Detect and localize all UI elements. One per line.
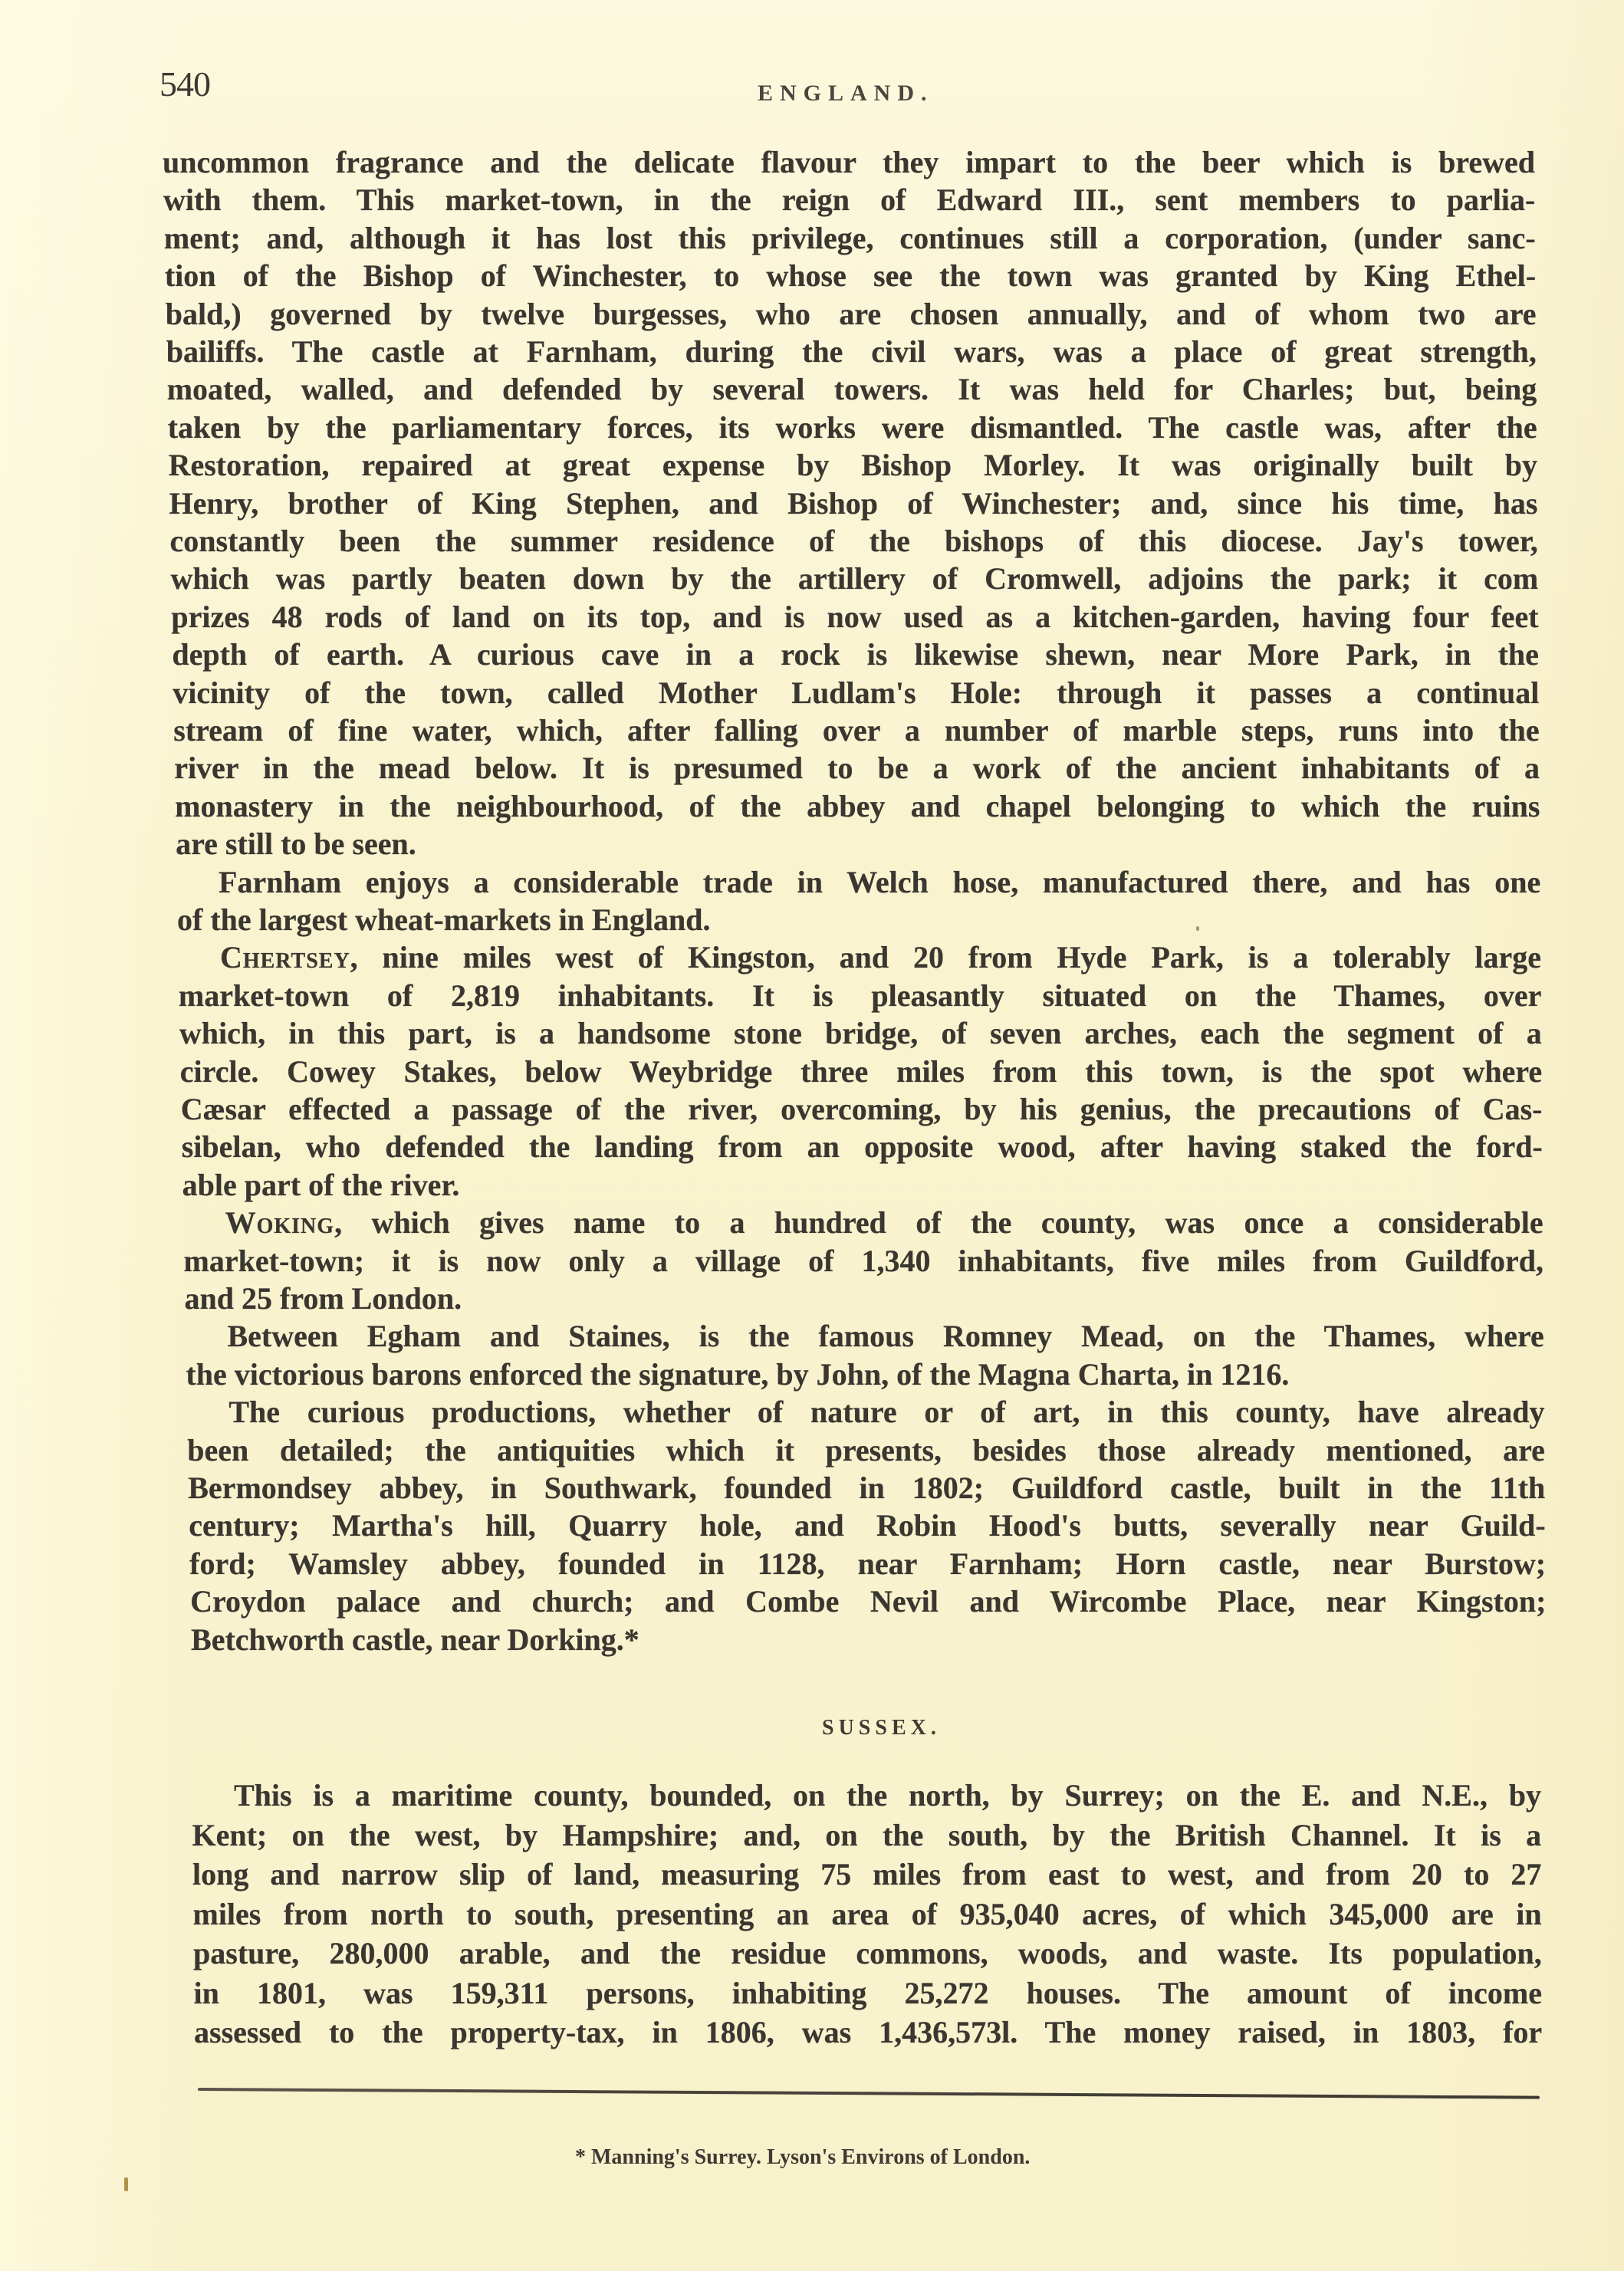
text-line: Between Egham and Staines, is the famous… [227, 1317, 1543, 1356]
text-line: Farnham enjoys a considerable trade in W… [219, 863, 1540, 902]
text-line: prizes 48 rods of land on its top, and i… [171, 598, 1538, 636]
text-line: which was partly beaten down by the arti… [170, 560, 1538, 598]
text-line: the victorious barons enforced the signa… [186, 1356, 1544, 1394]
text-line: bald,) governed by twelve burgesses, who… [166, 295, 1537, 334]
text-line: and 25 from London. [185, 1280, 1544, 1318]
text-line: depth of earth. A curious cave in a rock… [172, 636, 1539, 674]
text-line: This is a maritime county, bounded, on t… [234, 1776, 1541, 1815]
text-line: market-town; it is now only a village of… [184, 1242, 1543, 1280]
text-line: vicinity of the town, called Mother Ludl… [173, 674, 1539, 712]
text-line: Bermondsey abbey, in Southwark, founded … [188, 1469, 1545, 1507]
text-line: ment; and, although it has lost this pri… [164, 219, 1536, 258]
place-name-small-caps: Chertsey [220, 940, 350, 974]
page-number: 540 [159, 64, 210, 104]
text-line: tion of the Bishop of Winchester, to who… [165, 257, 1536, 295]
text-line: with them. This market-town, in the reig… [163, 181, 1535, 219]
text-line: stream of fine water, which, after falli… [173, 712, 1539, 750]
text-line: assessed to the property-tax, in 1806, w… [194, 2013, 1542, 2052]
text-line: Restoration, repaired at great expense b… [169, 446, 1537, 485]
text-line: miles from north to south, presenting an… [193, 1895, 1542, 1934]
text-line: Woking, which gives name to a hundred of… [225, 1204, 1543, 1242]
text-line: century; Martha's hill, Quarry hole, and… [189, 1507, 1545, 1545]
text-line: Henry, brother of King Stephen, and Bish… [169, 485, 1538, 523]
text-line: bailiffs. The castle at Farnham, during … [166, 333, 1537, 371]
book-page: 540 ENGLAND. uncommon fragrance and the … [0, 0, 1624, 2271]
text-line: in 1801, was 159,311 persons, inhabiting… [194, 1974, 1543, 2013]
text-line: moated, walled, and defended by several … [167, 370, 1537, 409]
place-name-small-caps: Woking [225, 1205, 334, 1240]
text-line: able part of the river. [182, 1166, 1543, 1205]
text-line: which, in this part, is a handsome stone… [179, 1014, 1542, 1053]
ink-speck [124, 2177, 128, 2191]
text-line: constantly been the summer residence of … [170, 522, 1538, 560]
text-line: Kent; on the west, by Hampshire; and, on… [192, 1816, 1542, 1855]
text-line: taken by the parliamentary forces, its w… [168, 409, 1537, 447]
text-line: market-town of 2,819 inhabitants. It is … [179, 977, 1541, 1015]
text-line: Betchworth castle, near Dorking.* [191, 1621, 1547, 1659]
text-line: sibelan, who defended the landing from a… [182, 1128, 1543, 1166]
text-line: uncommon fragrance and the delicate flav… [163, 143, 1535, 182]
text-line: Chertsey, nine miles west of Kingston, a… [220, 938, 1541, 977]
text-line: ford; Wamsley abbey, founded in 1128, ne… [189, 1545, 1546, 1583]
text-line: pasture, 280,000 arable, and the residue… [193, 1934, 1542, 1973]
ink-speck [1196, 926, 1199, 931]
text-line: Cæsar effected a passage of the river, o… [181, 1090, 1543, 1129]
running-title: ENGLAND. [758, 74, 934, 113]
text-line: Croydon palace and church; and Combe Nev… [190, 1582, 1546, 1621]
text-line: been detailed; the antiquities which it … [187, 1431, 1545, 1470]
text-line: monastery in the neighbourhood, of the a… [175, 787, 1540, 826]
footnote-rule [198, 2088, 1540, 2099]
footnote: * Manning's Surrey. Lyson's Environs of … [575, 2144, 1030, 2171]
text-line: of the largest wheat-markets in England. [177, 901, 1541, 939]
section-heading-sussex: SUSSEX. [822, 1715, 941, 1741]
text-line: river in the mead below. It is presumed … [174, 749, 1540, 787]
text-line: long and narrow slip of land, measuring … [192, 1855, 1541, 1894]
text-line: are still to be seen. [176, 825, 1540, 863]
text-line: circle. Cowey Stakes, below Weybridge th… [180, 1053, 1542, 1091]
text-line: The curious productions, whether of natu… [228, 1393, 1544, 1431]
